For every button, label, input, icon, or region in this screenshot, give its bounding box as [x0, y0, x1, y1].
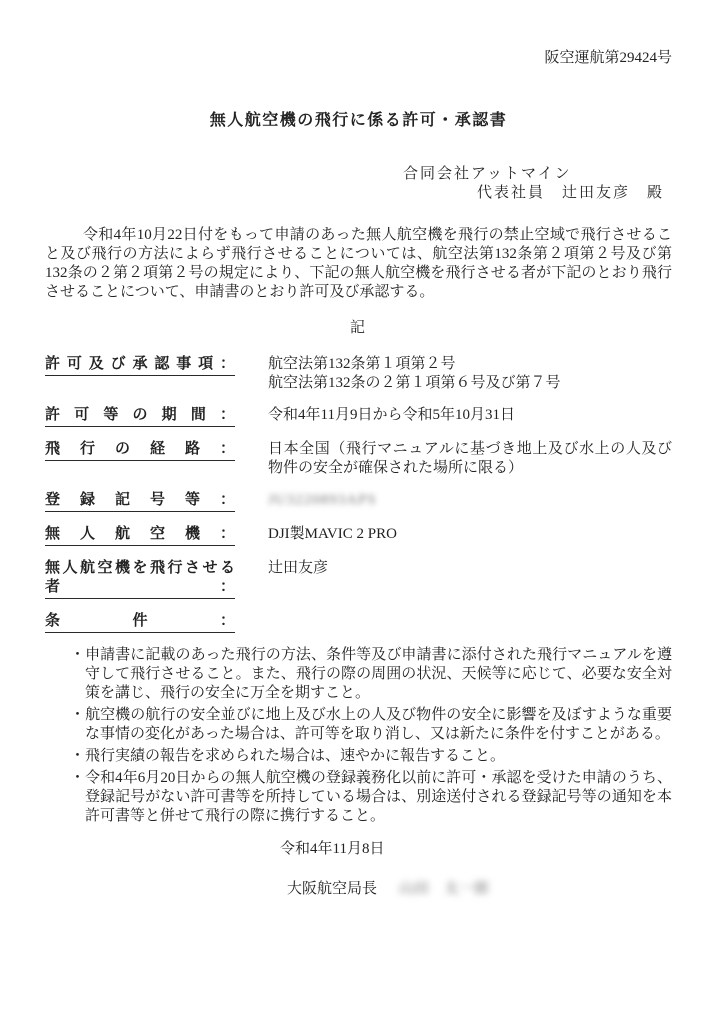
section-value-line: 辻田友彦	[268, 559, 672, 578]
condition-item: 飛行実績の報告を求められた場合は、速やかに報告すること。	[70, 747, 672, 766]
signer-title: 大阪航空局長	[287, 881, 377, 897]
section-value-line: 令和4年11月9日から令和5年10月31日	[268, 406, 672, 425]
section-row-operator: 無人航空機を飛行させる者： 辻田友彦	[45, 559, 672, 599]
section-value: 航空法第132条第１項第２号 航空法第132条の２第１項第６号及び第７号	[268, 355, 672, 393]
section-label: 無人航空機を飛行させる者：	[45, 559, 235, 599]
addressee-block: 合同会社アットマイン 代表社員 辻田友彦 殿	[403, 165, 672, 203]
section-value: 日本全国（飛行マニュアルに基づき地上及び水上の人及び物件の安全が確保された場所に…	[268, 440, 672, 478]
section-label: 許可等の期間：	[45, 406, 235, 427]
permit-document-page: 阪空運航第29424号 無人航空機の飛行に係る許可・承認書 合同会社アットマイン…	[0, 0, 723, 1024]
signer-line: 大阪航空局長山田 太一郎	[45, 880, 672, 899]
sections-block: 許可及び承認事項： 航空法第132条第１項第２号 航空法第132条の２第１項第６…	[45, 355, 672, 633]
redacted-signer-name: 山田 太一郎	[399, 881, 489, 897]
addressee-company: 合同会社アットマイン	[403, 165, 672, 184]
redacted-registration-value: JU3220893APS	[268, 491, 672, 510]
section-value-line: 航空法第132条の２第１項第６号及び第７号	[268, 374, 672, 393]
issue-date: 令和4年11月8日	[45, 840, 672, 859]
section-value-redacted: JU3220893APS	[268, 491, 672, 510]
condition-item: 令和4年6月20日からの無人航空機の登録義務化以前に許可・承認を受けた申請のうち…	[70, 769, 672, 826]
section-label: 条件：	[45, 612, 235, 633]
conditions-list: 申請書に記載のあった飛行の方法、条件等及び申請書に添付された飛行マニュアルを遵守…	[70, 646, 672, 826]
section-row-uav-model: 無人航空機： DJI製MAVIC 2 PRO	[45, 525, 672, 546]
section-label: 無人航空機：	[45, 525, 235, 546]
section-row-permit-period: 許可等の期間： 令和4年11月9日から令和5年10月31日	[45, 406, 672, 427]
document-number: 阪空運航第29424号	[45, 48, 672, 68]
section-row-approval-items: 許可及び承認事項： 航空法第132条第１項第２号 航空法第132条の２第１項第６…	[45, 355, 672, 393]
section-value-line: DJI製MAVIC 2 PRO	[268, 525, 672, 544]
section-value: 辻田友彦	[268, 559, 672, 578]
ki-heading: 記	[45, 319, 672, 338]
condition-item: 申請書に記載のあった飛行の方法、条件等及び申請書に添付された飛行マニュアルを遵守…	[70, 646, 672, 703]
condition-item: 航空機の航行の安全並びに地上及び水上の人及び物件の安全に影響を及ぼすような重要な…	[70, 706, 672, 744]
section-value-line: 日本全国（飛行マニュアルに基づき地上及び水上の人及び物件の安全が確保された場所に…	[268, 440, 672, 478]
body-paragraph: 令和4年10月22日付をもって申請のあった無人航空機を飛行の禁止空域で飛行させる…	[45, 226, 672, 302]
section-value-line: 航空法第132条第１項第２号	[268, 355, 672, 374]
addressee-representative: 代表社員 辻田友彦 殿	[403, 184, 672, 203]
section-row-flight-route: 飛行の経路： 日本全国（飛行マニュアルに基づき地上及び水上の人及び物件の安全が確…	[45, 440, 672, 478]
section-row-registration-number: 登録記号等： JU3220893APS	[45, 491, 672, 512]
section-value: DJI製MAVIC 2 PRO	[268, 525, 672, 544]
section-label: 許可及び承認事項：	[45, 355, 235, 376]
section-row-conditions: 条件：	[45, 612, 672, 633]
section-value: 令和4年11月9日から令和5年10月31日	[268, 406, 672, 425]
document-title: 無人航空機の飛行に係る許可・承認書	[45, 110, 672, 132]
section-label: 登録記号等：	[45, 491, 235, 512]
section-label: 飛行の経路：	[45, 440, 235, 461]
